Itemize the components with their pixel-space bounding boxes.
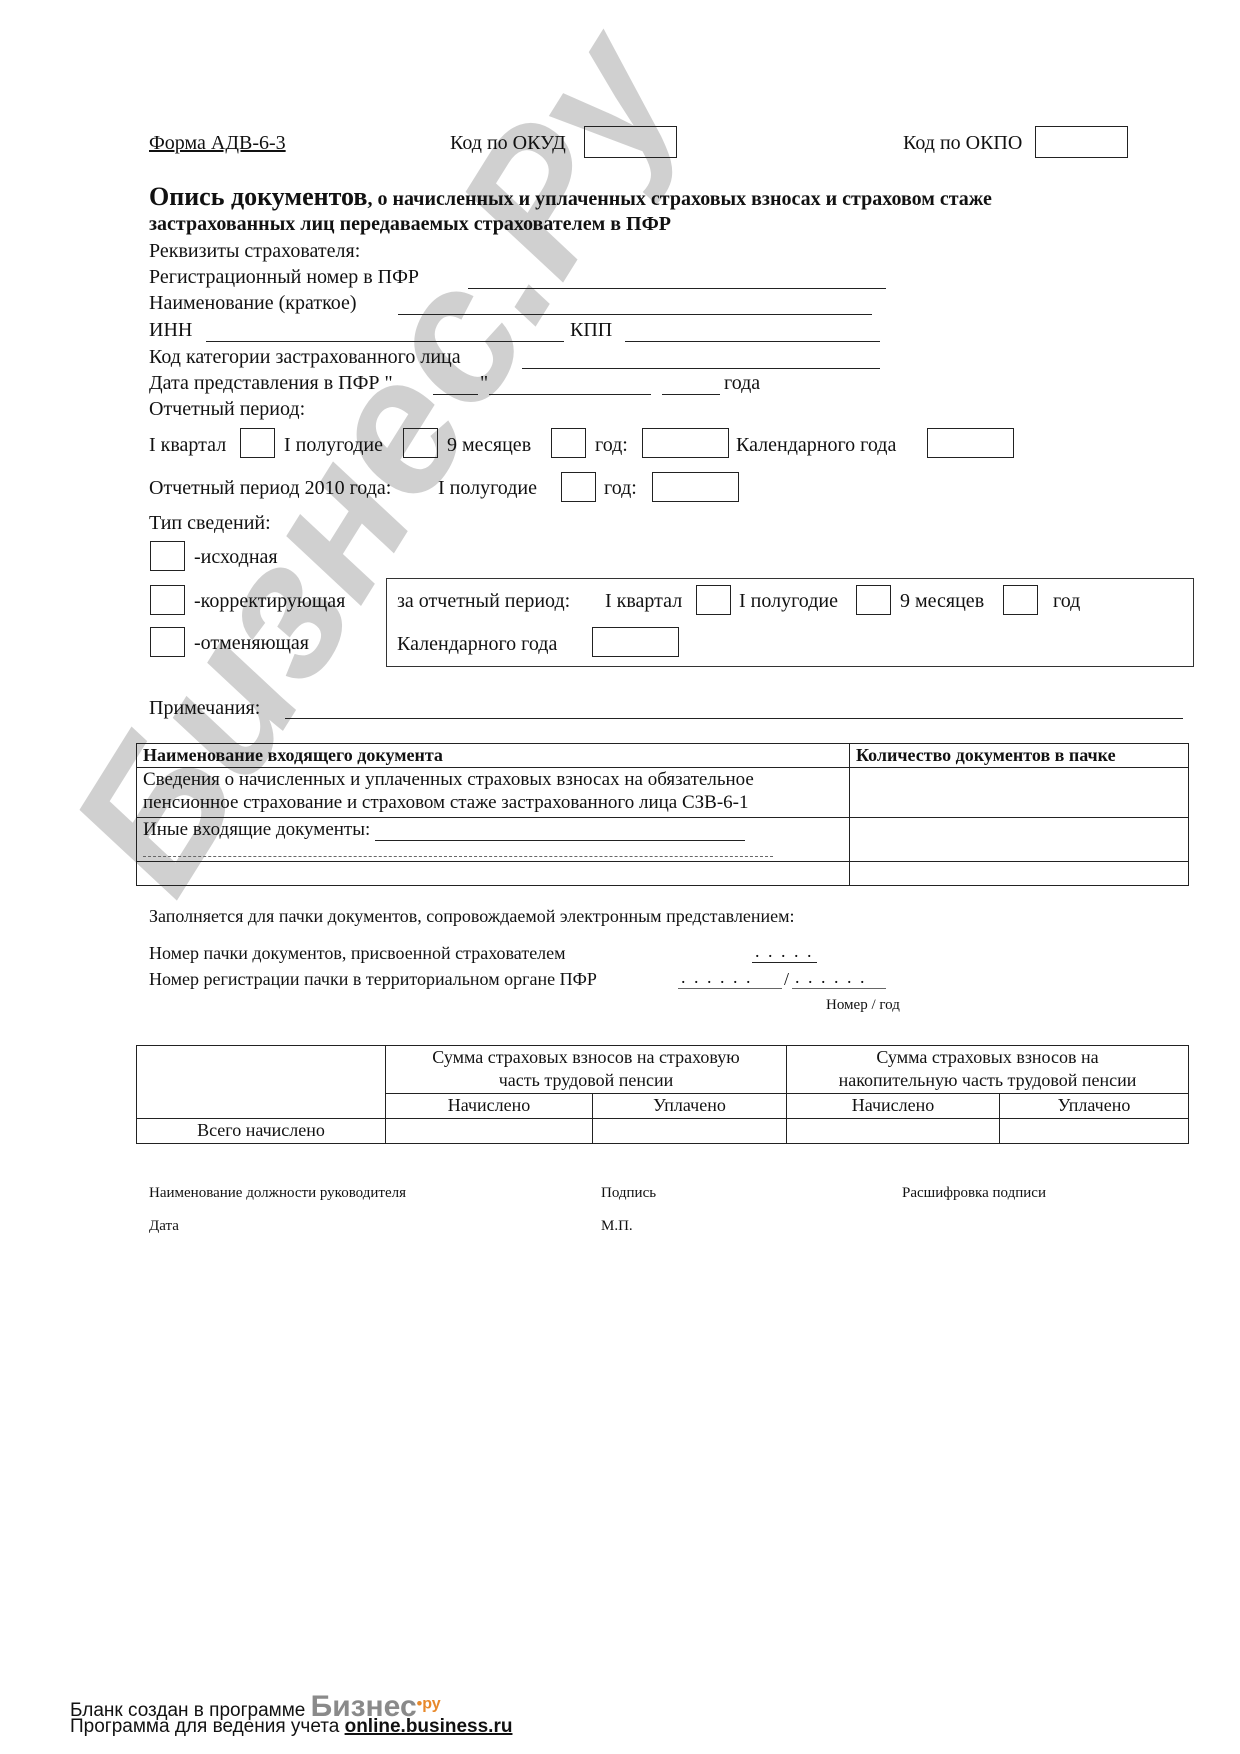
reg-number-field[interactable] — [468, 288, 886, 289]
signature-decoding-label: Расшифровка подписи — [902, 1182, 1046, 1204]
corr-calendar-field[interactable] — [592, 627, 679, 657]
cancelling-checkbox[interactable] — [150, 627, 185, 657]
sums-sub-paid-2: Уплачено — [1000, 1094, 1189, 1119]
title-rest: , о начисленных и уплаченных страховых в… — [367, 188, 991, 210]
period-h1-checkbox[interactable] — [403, 428, 438, 458]
period-2010-h1-checkbox[interactable] — [561, 472, 596, 502]
reg-pack-separator: / — [784, 968, 789, 990]
info-type-heading: Тип сведений: — [149, 512, 271, 534]
corr-h1-label: I полугодие — [739, 590, 838, 612]
corr-year-label: год — [1053, 590, 1080, 612]
period-h1-label: I полугодие — [284, 434, 383, 456]
table-row: Иные входящие документы: — [137, 818, 1189, 862]
period-q1-checkbox[interactable] — [240, 428, 275, 458]
insurer-heading: Реквизиты страхователя: — [149, 240, 360, 262]
group2-line1: Сумма страховых взносов на — [793, 1046, 1182, 1069]
documents-row3-name[interactable] — [137, 862, 850, 886]
kpp-field[interactable] — [625, 341, 880, 342]
period-2010-label: Отчетный период 2010 года: — [149, 477, 391, 499]
documents-header-name: Наименование входящего документа — [137, 744, 850, 768]
kpp-label: КПП — [570, 319, 612, 341]
category-label: Код категории застрахованного лица — [149, 346, 461, 368]
okud-label: Код по ОКУД — [450, 132, 566, 154]
brand-logo-suffix: •ру — [417, 1696, 441, 1713]
sums-corner — [137, 1046, 386, 1119]
corrective-label: -корректирующая — [194, 590, 345, 612]
group1-line2: часть трудовой пенсии — [392, 1069, 780, 1092]
date-label: Дата представления в ПФР " — [149, 372, 393, 394]
sums-value-accrued-2[interactable] — [787, 1119, 1000, 1144]
documents-header-count: Количество документов в пачке — [850, 744, 1189, 768]
row1-line2: пенсионное страхование и страховом стаже… — [143, 791, 843, 814]
date-sign-label: Дата — [149, 1215, 179, 1237]
table-row: Сведения о начисленных и уплаченных стра… — [137, 768, 1189, 818]
other-docs-line2[interactable] — [143, 856, 773, 857]
sums-value-accrued-1[interactable] — [386, 1119, 593, 1144]
sums-sub-paid-1: Уплачено — [593, 1094, 787, 1119]
documents-row1-name: Сведения о начисленных и уплаченных стра… — [137, 768, 850, 818]
documents-row3-count[interactable] — [850, 862, 1189, 886]
sums-sub-accrued-2: Начислено — [787, 1094, 1000, 1119]
corr-q1-label: I квартал — [605, 590, 682, 612]
date-quote: " — [480, 372, 488, 394]
period-m9-label: 9 месяцев — [447, 434, 531, 456]
original-label: -исходная — [194, 546, 278, 568]
period-year-field[interactable] — [642, 428, 729, 458]
for-period-label: за отчетный период: — [397, 590, 570, 612]
group1-line1: Сумма страховых взносов на страховую — [392, 1046, 780, 1069]
inn-field[interactable] — [206, 341, 564, 342]
page-title: Опись документов, о начисленных и уплаче… — [149, 183, 1184, 213]
footer-program-text: Программа для ведения учета — [70, 1716, 339, 1737]
period-calendar-field[interactable] — [927, 428, 1014, 458]
corr-m9-checkbox[interactable] — [1003, 585, 1038, 615]
reg-number-label: Регистрационный номер в ПФР — [149, 266, 419, 288]
inn-label: ИНН — [149, 319, 192, 341]
period-2010-year-field[interactable] — [652, 472, 739, 502]
period-2010-h1-label: I полугодие — [438, 477, 537, 499]
period-calendar-label: Календарного года — [736, 434, 896, 456]
stamp-label: М.П. — [601, 1215, 633, 1237]
date-month-field[interactable] — [489, 394, 651, 395]
footer-line2: Программа для ведения учета online.busin… — [70, 1716, 512, 1738]
period-m9-checkbox[interactable] — [551, 428, 586, 458]
cancelling-label: -отменяющая — [194, 632, 309, 654]
original-checkbox[interactable] — [150, 541, 185, 571]
notes-label: Примечания: — [149, 697, 260, 719]
reg-pack-label: Номер регистрации пачки в территориально… — [149, 968, 597, 990]
notes-field[interactable] — [285, 718, 1183, 719]
title-bold: Опись документов — [149, 182, 367, 211]
period-2010-year-label: год: — [604, 477, 637, 499]
date-day-field[interactable] — [433, 394, 478, 395]
pack-number-field[interactable]: . . . . . — [752, 940, 817, 963]
okpo-label: Код по ОКПО — [903, 132, 1022, 154]
table-row — [137, 862, 1189, 886]
other-docs-field[interactable] — [375, 824, 745, 841]
period-q1-label: I квартал — [149, 434, 226, 456]
electronic-heading: Заполняется для пачки документов, сопров… — [149, 905, 795, 927]
short-name-field[interactable] — [398, 314, 872, 315]
sums-sub-accrued-1: Начислено — [386, 1094, 593, 1119]
period-heading: Отчетный период: — [149, 398, 305, 420]
reg-pack-year-field[interactable]: . . . . . . — [792, 966, 886, 989]
position-label: Наименование должности руководителя — [149, 1182, 406, 1204]
table-row: Всего начислено — [137, 1119, 1189, 1144]
number-year-hint: Номер / год — [826, 994, 900, 1016]
group2-line2: накопительную часть трудовой пенсии — [793, 1069, 1182, 1092]
sums-group2-header: Сумма страховых взносов на накопительную… — [787, 1046, 1189, 1094]
period-year-label: год: — [595, 434, 628, 456]
documents-table: Наименование входящего документа Количес… — [136, 743, 1189, 886]
sums-value-paid-1[interactable] — [593, 1119, 787, 1144]
okpo-field[interactable] — [1035, 126, 1128, 158]
row1-line1: Сведения о начисленных и уплаченных стра… — [143, 768, 843, 791]
pack-number-label: Номер пачки документов, присвоенной стра… — [149, 942, 566, 964]
date-year-field[interactable] — [662, 394, 720, 395]
sums-row-label: Всего начислено — [137, 1119, 386, 1144]
title-line2: застрахованных лиц передаваемых страхова… — [149, 213, 671, 235]
reg-pack-number-field[interactable]: . . . . . . — [678, 966, 782, 989]
documents-row2-name: Иные входящие документы: — [137, 818, 850, 862]
signature-label: Подпись — [601, 1182, 656, 1204]
footer-link[interactable]: online.business.ru — [345, 1716, 513, 1737]
corr-h1-checkbox[interactable] — [856, 585, 891, 615]
corrective-checkbox[interactable] — [150, 585, 185, 615]
documents-row1-count[interactable] — [850, 768, 1189, 818]
documents-row2-count[interactable] — [850, 818, 1189, 862]
corr-m9-label: 9 месяцев — [900, 590, 984, 612]
row2-label: Иные входящие документы: — [143, 819, 370, 840]
date-year-suffix: года — [724, 372, 760, 394]
category-field[interactable] — [522, 368, 880, 369]
sums-table: Сумма страховых взносов на страховую час… — [136, 1045, 1189, 1144]
okud-field[interactable] — [584, 126, 677, 158]
short-name-label: Наименование (краткое) — [149, 292, 357, 314]
corr-calendar-label: Календарного года — [397, 633, 557, 655]
sums-group1-header: Сумма страховых взносов на страховую час… — [386, 1046, 787, 1094]
sums-value-paid-2[interactable] — [1000, 1119, 1189, 1144]
corr-q1-checkbox[interactable] — [696, 585, 731, 615]
form-name: Форма АДВ-6-3 — [149, 132, 286, 154]
